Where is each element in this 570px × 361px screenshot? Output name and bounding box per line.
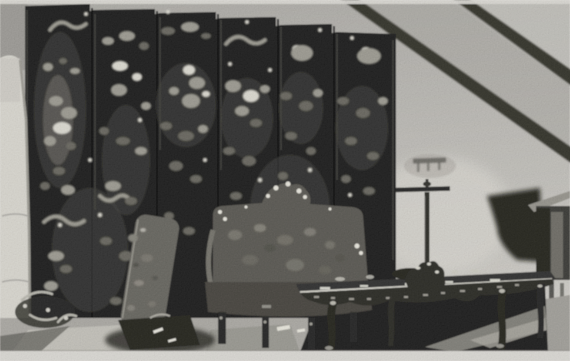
photo-canvas <box>0 0 570 361</box>
film-grain <box>0 0 570 361</box>
photograph <box>0 0 570 361</box>
